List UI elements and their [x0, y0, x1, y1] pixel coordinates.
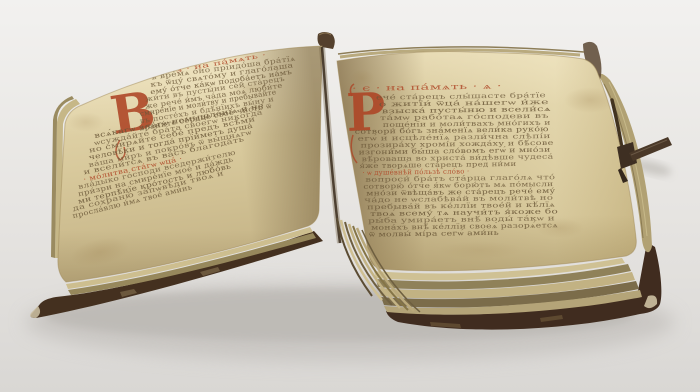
- manuscript-photo-svg: · з · на па́мѧть · В ъ вре́мѧ о́но прїид…: [0, 0, 700, 392]
- manuscript-photo: · з · на па́мѧть · В ъ вре́мѧ о́но прїид…: [0, 0, 700, 392]
- manuscript-line: ѿ молвы́ мі́ра сегѡ́ ами́нь: [369, 228, 499, 239]
- right-page-text: · є · на па́мѧть · ѧ · Р ече́ ста́рецъ с…: [345, 81, 558, 238]
